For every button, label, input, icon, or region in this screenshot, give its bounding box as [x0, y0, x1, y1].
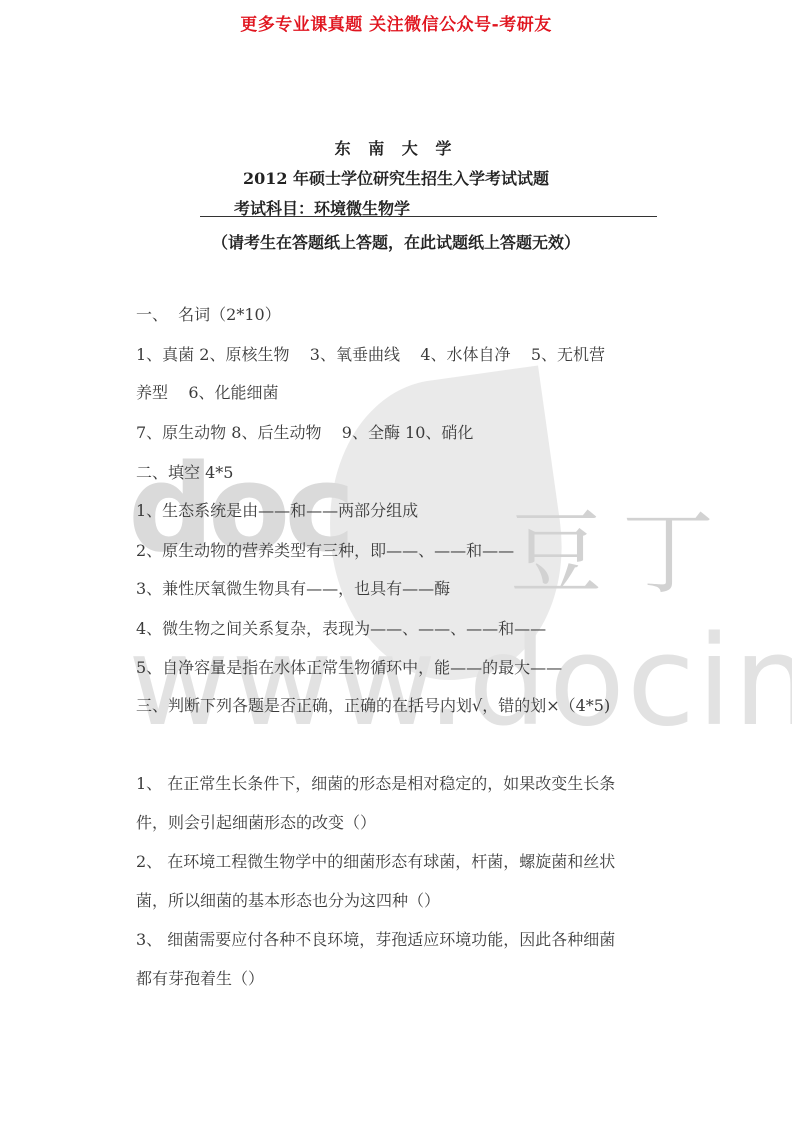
section-3-line: 2、 在环境工程微生物学中的细菌形态有球菌，杆菌，螺旋菌和丝状: [136, 849, 615, 872]
section-1-line: 养型 6、化能细菌: [136, 380, 279, 403]
university-name: 东 南 大 学: [0, 136, 792, 159]
section-2-line: 4、微生物之间关系复杂，表现为——、——、——和——: [136, 616, 546, 639]
section-3-line: 菌，所以细菌的基本形态也分为这四种（）: [136, 888, 440, 911]
section-2-line: 3、兼性厌氧微生物具有——，也具有——酶: [136, 576, 450, 599]
watermark-leaf-shape: [310, 365, 580, 694]
section-3-title: 三、判断下列各题是否正确，正确的在括号内划√，错的划×（4*5): [136, 693, 610, 716]
section-1-title: 一、 名词（2*10）: [136, 302, 281, 325]
exam-notice: （请考生在答题纸上答题，在此试题纸上答题无效）: [0, 230, 792, 253]
section-2-line: 5、自净容量是指在水体正常生物循环中，能——的最大——: [136, 655, 562, 678]
section-3-line: 1、 在正常生长条件下，细菌的形态是相对稳定的，如果改变生长条: [136, 771, 615, 794]
section-3-line: 3、 细菌需要应付各种不良环境，芽孢适应环境功能，因此各种细菌: [136, 927, 615, 950]
section-3-line: 都有芽孢着生（）: [136, 966, 264, 989]
section-2-line: 2、原生动物的营养类型有三种，即——、——和——: [136, 538, 514, 561]
promo-banner: 更多专业课真题 关注微信公众号-考研友: [0, 10, 792, 35]
section-1-line: 1、真菌 2、原核生物 3、氧垂曲线 4、水体自净 5、无机营: [136, 342, 605, 365]
section-3-line: 件，则会引起细菌形态的改变（）: [136, 810, 376, 833]
section-2-title: 二、填空 4*5: [136, 460, 233, 483]
subject-underline: [200, 216, 657, 217]
exam-title: 2012 年硕士学位研究生招生入学考试试题: [0, 166, 792, 189]
section-1-line: 7、原生动物 8、后生动物 9、全酶 10、硝化: [136, 420, 473, 443]
section-2-line: 1、生态系统是由——和——两部分组成: [136, 498, 418, 521]
